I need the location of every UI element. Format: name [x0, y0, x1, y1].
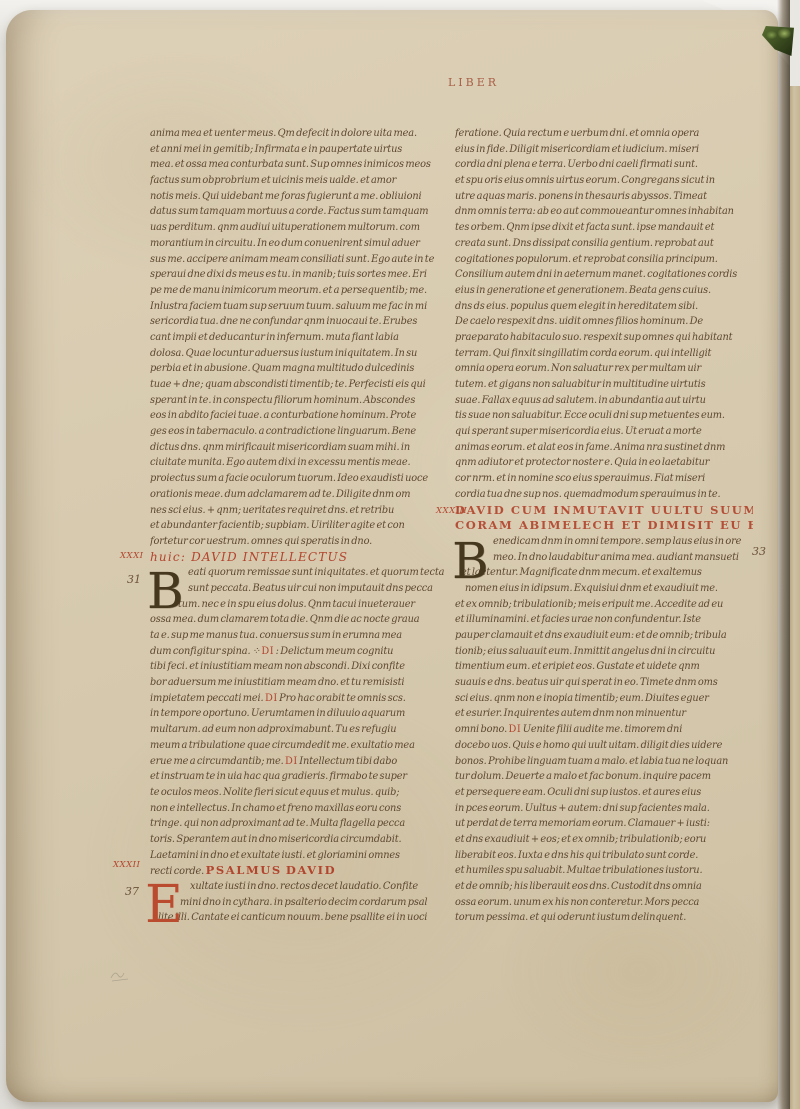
text-line: tionib; eius saluauit eum. Inmittit ange…	[455, 644, 753, 660]
text-line: creata sunt. Dns dissipat consilia genti…	[455, 236, 753, 252]
text-line: perbia et in abusione. Quam magna multit…	[150, 361, 448, 377]
text-line: sunt peccata. Beatus uir cui non imputau…	[188, 581, 448, 597]
text-line: et esurier. Inquirentes autem dnm non mi…	[455, 706, 753, 722]
running-title: LIBER	[448, 76, 499, 89]
text-line: omnia opera eorum. Non saluatur rex per …	[455, 361, 753, 377]
text-line: docebo uos. Quis e homo qui uult uitam. …	[455, 738, 753, 754]
rubric-line: CORAM ABIMELECH ET DIMISIT EU ET ABIIT	[455, 518, 753, 534]
diapsalma-mark: DI	[285, 756, 298, 767]
text-line: sus me. accipere animam meam consiliati …	[150, 252, 448, 268]
text-line: cordia dni plena e terra. Uerbo dni cael…	[455, 157, 753, 173]
text-line: dictus dns. qnm mirificauit misericordia…	[150, 440, 448, 456]
margin-number: XXXI	[120, 551, 144, 561]
text-line: qnm adiutor et protector noster e. Quia …	[455, 455, 753, 471]
text-line: eius in generatione et generationem. Bea…	[455, 283, 753, 299]
text-line: orationis meae. dum adclamarem ad te. Di…	[150, 487, 448, 503]
text-line: meo. In dno laudabitur anima mea. audian…	[493, 550, 753, 566]
pencil-mark	[108, 962, 134, 984]
text-line: dum configitur spina. ⁘ DI : Delictum me…	[150, 644, 448, 660]
text-line: cor nrm. et in nomine sco eius sperauimu…	[455, 471, 753, 487]
text-line: in tempore oportuno. Uerumtamen in diluu…	[150, 706, 448, 722]
text-line: bonos. Prohibe linguam tuam a malo. et l…	[455, 754, 753, 770]
text-line: tutem. et gigans non saluabitur in multi…	[455, 377, 753, 393]
margin-number: XXXIII	[436, 506, 467, 516]
text-line: erue me a circumdantib; me. DI Intellect…	[150, 754, 448, 770]
text-line: recti corde. PSALMUS DAVID	[150, 863, 448, 879]
text-line: cant impii et deducantur in infernum. mu…	[150, 330, 448, 346]
text-line: nes sci eius. + qnm; ueritates requiret …	[150, 503, 448, 519]
rubric-line: DAVID CUM INMUTAVIT UULTU SUUM	[455, 503, 753, 519]
text-line: fortetur cor uestrum. omnes qui speratis…	[150, 534, 448, 550]
text-line: dnm omnis terra: ab eo aut commoueantur …	[455, 204, 753, 220]
text-line: et persequere eam. Oculi dni sup iustos.…	[455, 785, 753, 801]
text-line: notis meis. Qui uidebant me foras fugier…	[150, 189, 448, 205]
text-line: ciuitate munita. Ego autem dixi in exces…	[150, 455, 448, 471]
text-line: et abundanter facientib; supbiam. Uirili…	[150, 518, 448, 534]
text-line: eius in fide. Diligit misericordiam et i…	[455, 142, 753, 158]
text-line: eati quorum remissae sunt iniquitates. e…	[188, 565, 448, 581]
text-line: tum. nec e in spu eius dolus. Qnm tacui …	[178, 597, 448, 613]
text-line: ossa mea. dum clamarem tota die. Qnm die…	[150, 612, 448, 628]
text-line: in pces eorum. Uultus + autem: dni sup f…	[455, 801, 753, 817]
text-line: et humiles spu saluabit. Multae tribulat…	[455, 863, 753, 879]
text-line: sci eius. qnm non e inopia timentib; eum…	[455, 691, 753, 707]
text-line: Consilium autem dni in aeternum manet. c…	[455, 267, 753, 283]
text-line: Laetamini in dno et exultate iusti. et g…	[150, 848, 448, 864]
text-line: uas perditum. qnm audiui uituperationem …	[150, 220, 448, 236]
text-line: De caelo respexit dns. uidit omnes filio…	[455, 314, 753, 330]
drop-initial-B: B	[452, 536, 489, 586]
margin-number: 33	[752, 545, 766, 558]
text-line: qui sperant super misericordia eius. Ut …	[455, 424, 753, 440]
text-line: ossa eorum. unum ex his non conteretur. …	[455, 895, 753, 911]
text-line: et laetentur. Magnificate dnm mecum. et …	[461, 565, 753, 581]
text-line: et ex omnib; tribulationib; meis eripuit…	[455, 597, 753, 613]
text-line: omni bono. DI Uenite filii audite me. ti…	[455, 722, 753, 738]
text-line: xultate iusti in dno. rectos decet lauda…	[190, 879, 448, 895]
text-line: sericordia tua. dne ne confundar qnm inu…	[150, 314, 448, 330]
text-line: impietatem peccati mei. DI Pro hac orabi…	[150, 691, 448, 707]
text-line: et de omnib; his liberauit eos dns. Cust…	[455, 879, 753, 895]
text-line: bor aduersum me iniustitiam meam dno. et…	[150, 675, 448, 691]
margin-number: XXXII	[113, 860, 140, 870]
text-line: multarum. ad eum non adproximabunt. Tu e…	[150, 722, 448, 738]
text-line: pe me de manu inimicorum meorum. et a pe…	[150, 283, 448, 299]
diapsalma-mark: DI	[261, 646, 274, 657]
left-text-column: anima mea et uenter meus. Qm defecit in …	[150, 126, 448, 951]
margin-number: 37	[125, 885, 139, 898]
text-line: praeparato habitaculo suo. respexit sup …	[455, 330, 753, 346]
text-line: suae. Fallax equus ad salutem. in abunda…	[455, 393, 753, 409]
text-line: terram. Qui finxit singillatim corda eor…	[455, 346, 753, 362]
text-line: te oculos meos. Nolite fieri sicut equus…	[150, 785, 448, 801]
text-line: et dns exaudiuit + eos; et ex omnib; tri…	[455, 832, 753, 848]
text-line: animas eorum. et alat eos in fame. Anima…	[455, 440, 753, 456]
text-line: morantium in circuitu. In eo dum conueni…	[150, 236, 448, 252]
text-line: tuae + dne; quam abscondisti timentib; t…	[150, 377, 448, 393]
text-line: cordia tua dne sup nos. quemadmodum sper…	[455, 487, 753, 503]
rubric-line: huic: DAVID INTELLECTUS	[150, 550, 448, 566]
inline-rubric: PSALMUS DAVID	[206, 863, 337, 877]
text-line: dns ds eius. populus quem elegit in here…	[455, 299, 753, 315]
text-line: tibi feci. et iniustitiam meam non absco…	[150, 659, 448, 675]
text-line: non e intellectus. In chamo et freno max…	[150, 801, 448, 817]
text-line: et instruam te in uia hac qua gradieris.…	[150, 769, 448, 785]
diapsalma-mark: DI	[509, 724, 522, 735]
text-line: timentium eum. et eripiet eos. Gustate e…	[455, 659, 753, 675]
text-line: et anni mei in gemitib; Infirmata e in p…	[150, 142, 448, 158]
text-line: feratione. Quia rectum e uerbum dni. et …	[455, 126, 753, 142]
diapsalma-mark: DI	[265, 693, 278, 704]
text-line: tis suae non saluabitur. Ecce oculi dni …	[455, 408, 753, 424]
text-line: meum a tribulatione quae circumdedit me.…	[150, 738, 448, 754]
text-line: eos in abdito faciei tuae. a conturbatio…	[150, 408, 448, 424]
text-line: anima mea et uenter meus. Qm defecit in …	[150, 126, 448, 142]
text-line: datus sum tamquam mortuus a corde. Factu…	[150, 204, 448, 220]
text-line: mea. et ossa mea conturbata sunt. Sup om…	[150, 157, 448, 173]
text-line: et illuminamini. et facies urae non conf…	[455, 612, 753, 628]
text-line: pauper clamauit et dns exaudiuit eum: et…	[455, 628, 753, 644]
text-line: nomen eius in idipsum. Exquisiui dnm et …	[465, 581, 753, 597]
drop-initial-E: E	[145, 879, 183, 931]
text-line: tes orbem. Qnm ipse dixit et facta sunt.…	[455, 220, 753, 236]
text-line: lite illi. Cantate ei canticum nouum. be…	[158, 910, 448, 926]
text-line: ta e. sup me manus tua. conuersus sum in…	[150, 628, 448, 644]
margin-number: 31	[127, 573, 141, 586]
text-line: dolosa. Quae locuntur aduersus iustum in…	[150, 346, 448, 362]
text-line: liberabit eos. Iuxta e dns his qui tribu…	[455, 848, 753, 864]
text-line: mini dno in cythara. in psalterio decim …	[180, 895, 448, 911]
text-line: suauis e dns. beatus uir qui sperat in e…	[455, 675, 753, 691]
text-line: ges eos in tabernaculo. a contradictione…	[150, 424, 448, 440]
text-line: et spu oris eius omnis uirtus eorum. Con…	[455, 173, 753, 189]
next-page-edge	[790, 0, 800, 1109]
text-line: sperant in te. in conspectu filiorum hom…	[150, 393, 448, 409]
text-line: tur dolum. Deuerte a malo et fac bonum. …	[455, 769, 753, 785]
text-line: factus sum obprobrium et uicinis meis ua…	[150, 173, 448, 189]
drop-initial-B: B	[147, 566, 184, 616]
text-line: proiectus sum a facie oculorum tuorum. I…	[150, 471, 448, 487]
right-text-column: feratione. Quia rectum e uerbum dni. et …	[455, 126, 753, 951]
text-line: tringe. qui non adproximant ad te. Multa…	[150, 816, 448, 832]
text-line: Inlustra faciem tuam sup seruum tuum. sa…	[150, 299, 448, 315]
book-gutter-shadow	[777, 0, 790, 1109]
text-line: enedicam dnm in omni tempore. semp laus …	[493, 534, 753, 550]
text-line: ut perdat de terra memoriam eorum. Clama…	[455, 816, 753, 832]
text-line: cogitationes populorum. et reprobat cons…	[455, 252, 753, 268]
text-line: speraui dne dixi ds meus es tu. in manib…	[150, 267, 448, 283]
text-line: torum pessima. et qui oderunt iustum del…	[455, 910, 753, 926]
text-line: toris. Sperantem aut in dno misericordia…	[150, 832, 448, 848]
text-line: utre aquas maris. ponens in thesauris ab…	[455, 189, 753, 205]
